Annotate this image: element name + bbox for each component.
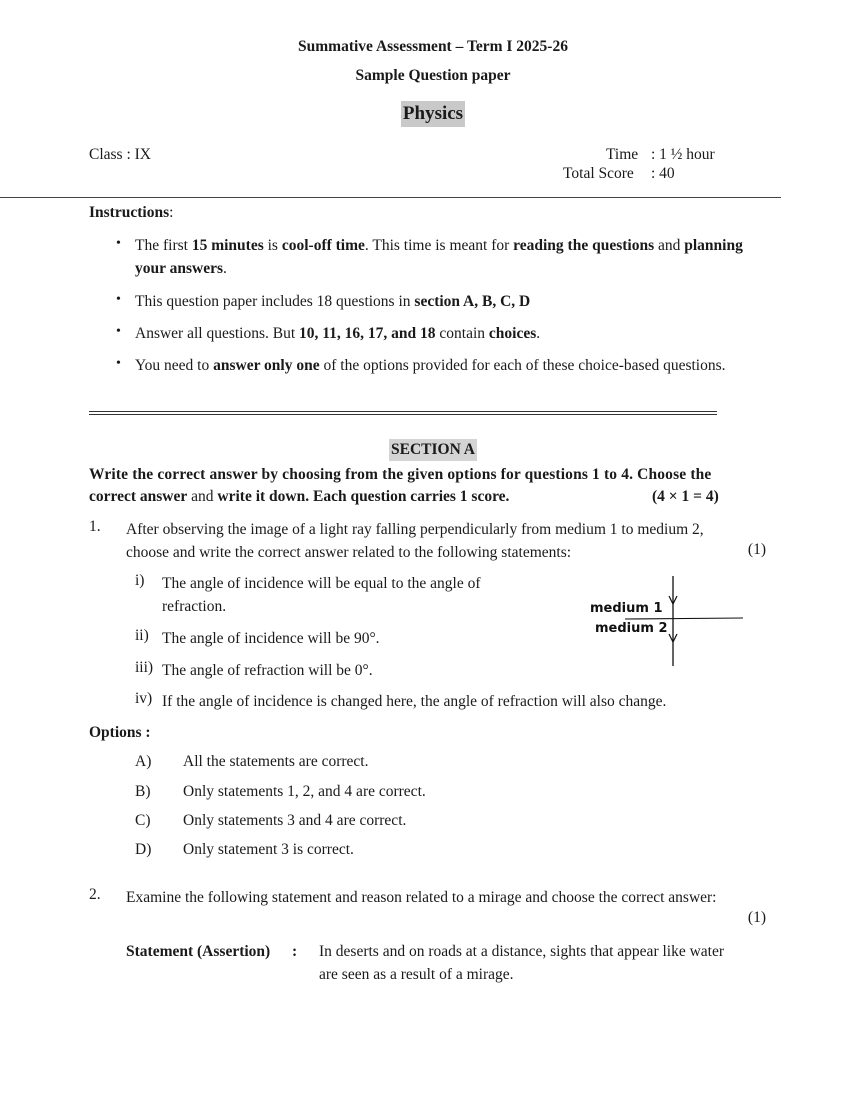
instruction-emphasis: choices — [489, 325, 536, 342]
instruction-item: You need to answer only one of the optio… — [135, 354, 755, 377]
q2-assertion-line1: In deserts and on roads at a distance, s… — [319, 940, 724, 963]
instruction-emphasis: cool-off time — [282, 237, 365, 254]
directions-connector: and — [187, 488, 217, 505]
q1-statement-4-text: If the angle of incidence is changed her… — [162, 690, 666, 713]
total-score-label: Total Score — [563, 165, 634, 183]
instruction-emphasis: 15 minutes — [192, 237, 264, 254]
instruction-text: . This time is meant for — [365, 237, 513, 254]
option-b-text: Only statements 1, 2, and 4 are correct. — [183, 783, 426, 801]
q1-text-line1: After observing the image of a light ray… — [126, 518, 766, 541]
q1-statement-3-text: The angle of refraction will be 0°. — [162, 659, 373, 682]
q2-number: 2. — [89, 886, 101, 904]
q1-statement-1-num: i) — [135, 572, 144, 590]
instruction-text: . — [223, 260, 227, 277]
time-value: : 1 ½ hour — [651, 146, 715, 164]
instructions-heading: Instructions: — [89, 201, 173, 224]
instruction-text: and — [654, 237, 684, 254]
q1-statement-1-line1: The angle of incidence will be equal to … — [162, 572, 480, 595]
q2-assertion-colon: : — [292, 940, 297, 963]
q1-text-line2: choose and write the correct answer rela… — [126, 541, 766, 564]
exam-subtitle: Sample Question paper — [0, 67, 850, 85]
instruction-text: . — [536, 325, 540, 342]
q1-statement-3-num: iii) — [135, 659, 153, 677]
section-a-directions-line1: Write the correct answer by choosing fro… — [89, 463, 779, 486]
exam-title: Summative Assessment – Term I 2025-26 — [0, 38, 850, 56]
medium-2-label: medium 2 — [595, 621, 668, 636]
option-c-text: Only statements 3 and 4 are correct. — [183, 812, 406, 830]
class-label: Class : IX — [89, 146, 151, 164]
option-a-text: All the statements are correct. — [183, 753, 369, 771]
separator-double-rule — [89, 408, 717, 420]
section-a-marks: (4 × 1 = 4) — [652, 485, 719, 508]
time-label: Time — [606, 146, 638, 164]
subject-heading-wrap: Physics — [0, 101, 850, 127]
instruction-emphasis: 10, 11, 16, 17, and 18 — [299, 325, 436, 342]
q1-options-heading: Options : — [89, 721, 151, 744]
option-c-letter: C) — [135, 812, 151, 830]
instruction-bullet-icon: • — [116, 292, 121, 308]
option-a-letter: A) — [135, 753, 151, 771]
total-score-value: : 40 — [651, 165, 675, 183]
refraction-diagram: medium 1 medium 2 — [585, 574, 750, 669]
subject-heading: Physics — [401, 101, 465, 127]
header-divider — [0, 197, 781, 198]
directions-emphasis-2: write it down. Each question carries 1 s… — [217, 488, 509, 505]
section-a-directions-line2: correct answer and write it down. Each q… — [89, 485, 509, 508]
instruction-text: Answer all questions. But — [135, 325, 299, 342]
instruction-text: The first — [135, 237, 192, 254]
q2-marks: (1) — [748, 909, 766, 927]
medium-1-label: medium 1 — [590, 601, 663, 616]
instructions-heading-colon: : — [169, 204, 173, 221]
instruction-emphasis: section A, B, C, D — [414, 293, 530, 310]
q1-number: 1. — [89, 518, 101, 536]
option-d-letter: D) — [135, 841, 151, 859]
section-a-heading: SECTION A — [389, 439, 477, 461]
option-d-text: Only statement 3 is correct. — [183, 841, 354, 859]
instruction-text: You need to — [135, 357, 213, 374]
q2-assertion-line2: are seen as a result of a mirage. — [319, 963, 514, 986]
q1-statement-4-num: iv) — [135, 690, 152, 708]
q1-statement-2-num: ii) — [135, 627, 149, 645]
instruction-bullet-icon: • — [116, 356, 121, 372]
instruction-bullet-icon: • — [116, 324, 121, 340]
q2-assertion-label: Statement (Assertion) — [126, 940, 270, 963]
section-a-heading-wrap: SECTION A — [0, 439, 850, 461]
instruction-text: of the options provided for each of thes… — [320, 357, 726, 374]
instruction-text: This question paper includes 18 question… — [135, 293, 414, 310]
q1-statement-1-line2: refraction. — [162, 595, 226, 618]
instructions-heading-text: Instructions — [89, 204, 169, 221]
interface-line — [625, 618, 743, 619]
instruction-item: This question paper includes 18 question… — [135, 290, 755, 313]
q1-statement-2-text: The angle of incidence will be 90°. — [162, 627, 380, 650]
instruction-item: Answer all questions. But 10, 11, 16, 17… — [135, 322, 755, 345]
option-b-letter: B) — [135, 783, 151, 801]
instruction-text: is — [264, 237, 282, 254]
q2-text: Examine the following statement and reas… — [126, 886, 786, 909]
instruction-bullet-icon: • — [116, 236, 121, 252]
q1-marks: (1) — [748, 541, 766, 559]
directions-emphasis-1: correct answer — [89, 488, 187, 505]
instruction-item: The first 15 minutes is cool-off time. T… — [135, 234, 755, 280]
instruction-emphasis: answer only one — [213, 357, 320, 374]
instruction-text: contain — [436, 325, 489, 342]
instruction-emphasis: reading the questions — [513, 237, 654, 254]
